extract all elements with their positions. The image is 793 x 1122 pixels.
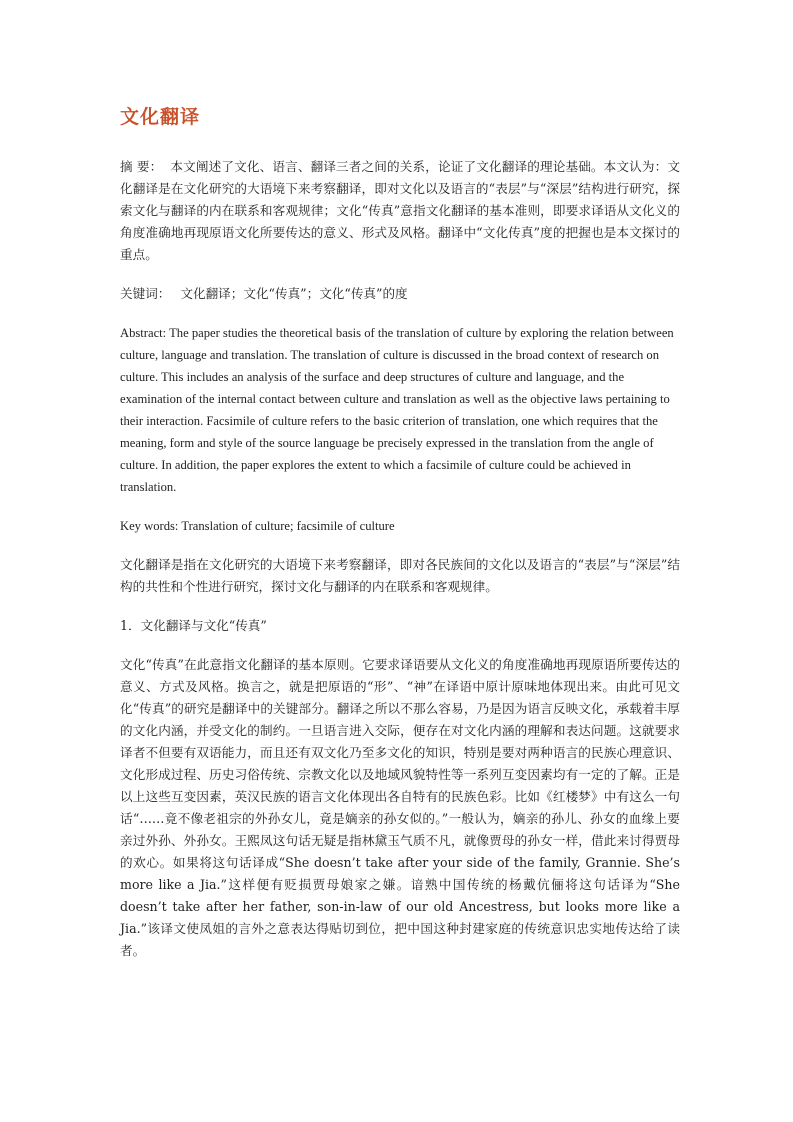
abstract-en-label: Abstract: bbox=[120, 326, 166, 340]
keywords-cn-text: 文化翻译；文化“传真”；文化“传真”的度 bbox=[180, 286, 407, 301]
document-title: 文化翻译 bbox=[120, 104, 680, 130]
keywords-cn: 关键词：文化翻译；文化“传真”；文化“传真”的度 bbox=[120, 283, 680, 305]
keywords-en-label: Key words: bbox=[120, 519, 178, 533]
document-page: 文化翻译 摘 要：本文阐述了文化、语言、翻译三者之间的关系，论证了文化翻译的理论… bbox=[120, 104, 680, 979]
intro-paragraph: 文化翻译是指在文化研究的大语境下来考察翻译，即对各民族间的文化以及语言的“表层”… bbox=[120, 554, 680, 598]
abstract-cn: 摘 要：本文阐述了文化、语言、翻译三者之间的关系，论证了文化翻译的理论基础。本文… bbox=[120, 156, 680, 266]
abstract-cn-label: 摘 要： bbox=[120, 159, 162, 174]
section-1-body: 文化“传真”在此意指文化翻译的基本原则。它要求译语要从文化义的角度准确地再现原语… bbox=[120, 654, 680, 962]
abstract-en: Abstract: The paper studies the theoreti… bbox=[120, 322, 680, 498]
abstract-cn-text: 本文阐述了文化、语言、翻译三者之间的关系，论证了文化翻译的理论基础。本文认为：文… bbox=[120, 159, 680, 262]
section-1-heading: 1．文化翻译与文化“传真” bbox=[120, 615, 680, 637]
keywords-cn-label: 关键词： bbox=[120, 286, 170, 301]
keywords-en-text: Translation of culture; facsimile of cul… bbox=[181, 519, 394, 533]
keywords-en: Key words: Translation of culture; facsi… bbox=[120, 515, 680, 537]
abstract-en-text: The paper studies the theoretical basis … bbox=[120, 326, 674, 494]
